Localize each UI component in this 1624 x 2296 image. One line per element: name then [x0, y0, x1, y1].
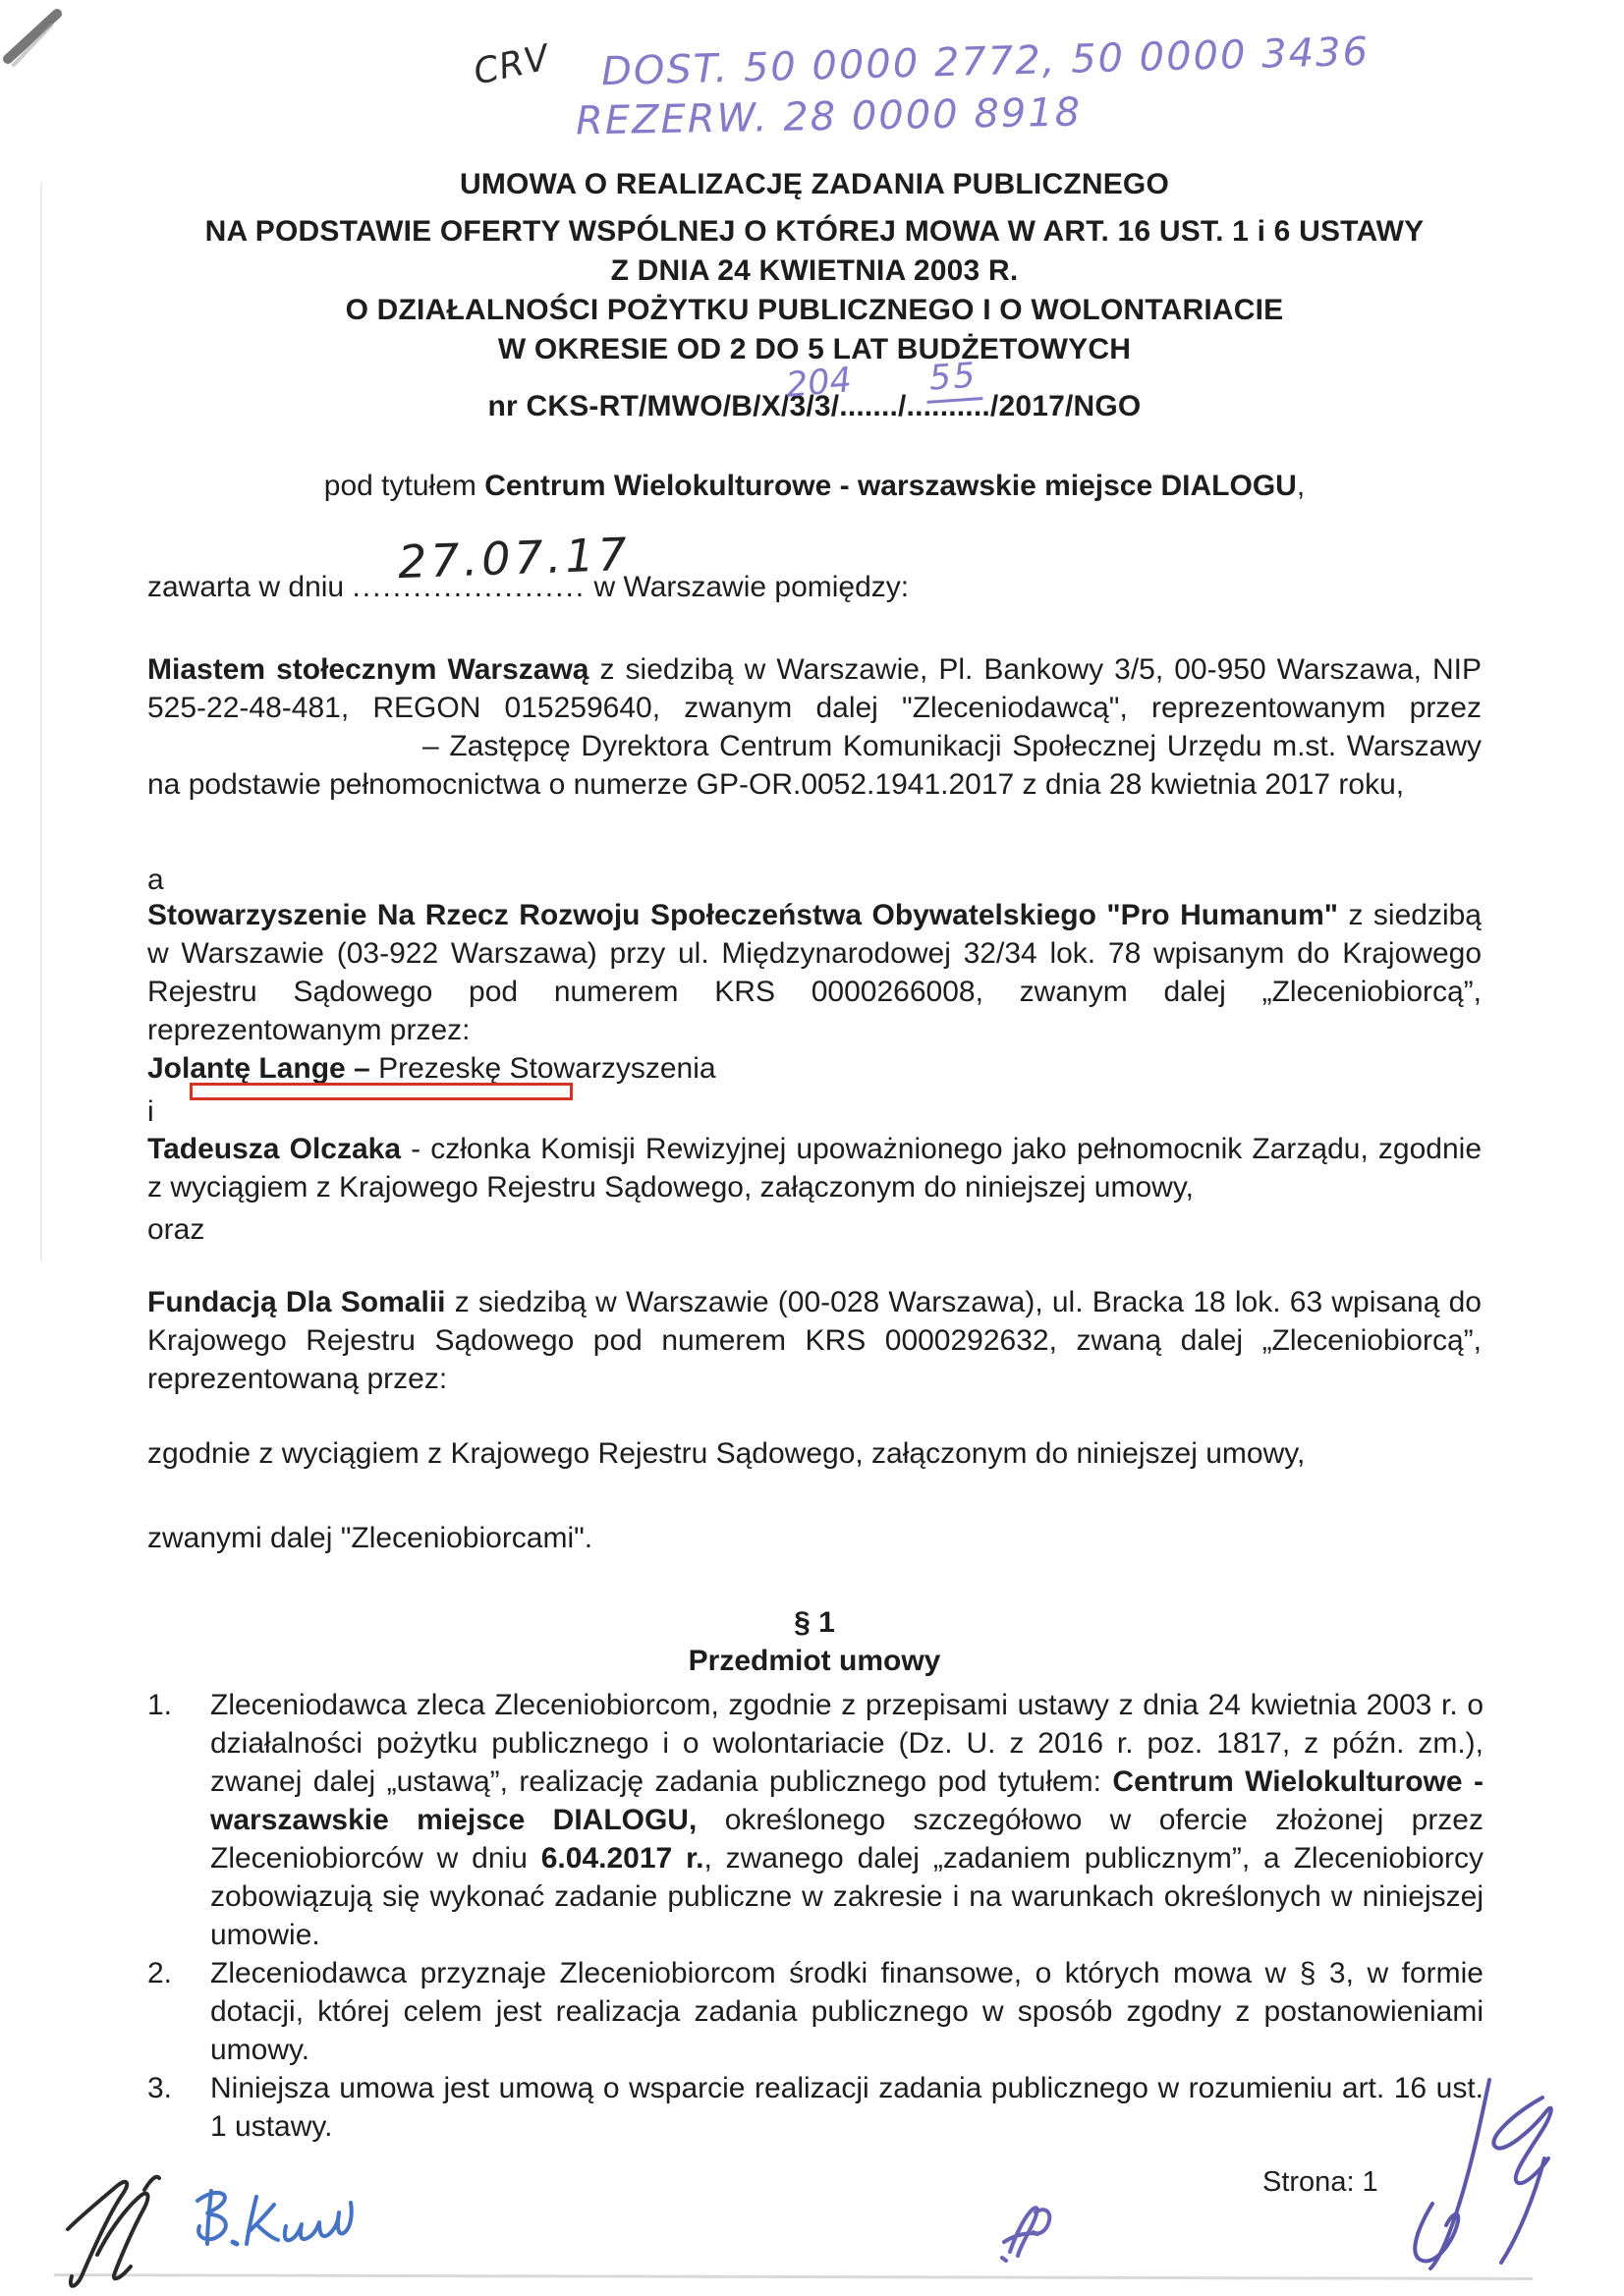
subtitle-post: ,: [1297, 470, 1305, 502]
representative-1-role: Prezeskę Stowarzyszenia: [370, 1052, 716, 1085]
subtitle-line: pod tytułem Centrum Wielokulturowe - war…: [147, 470, 1482, 503]
party-3-name: Fundacją Dla Somalii: [147, 1286, 445, 1318]
list-item-3-text: Niniejsza umowa jest umową o wsparcie re…: [210, 2069, 1484, 2146]
list-item-2: 2. Zleceniodawca przyznaje Zleceniobiorc…: [147, 1954, 1484, 2069]
representative-2-paragraph: Tadeusza Olczaka - członka Komisji Rewiz…: [147, 1130, 1482, 1206]
section-1-title: Przedmiot umowy: [147, 1642, 1482, 1680]
conjunction-oraz: oraz: [147, 1210, 344, 1249]
subtitle-task-title: Centrum Wielokulturowe - warszawskie mie…: [484, 470, 1297, 502]
conclusion-date-line: zawarta w dniu ....................... w…: [147, 568, 1482, 606]
item-1-offer-date: 6.04.2017 r.: [541, 1842, 704, 1875]
title-line-4: O DZIAŁALNOŚCI POŻYTKU PUBLICZNEGO I O W…: [147, 291, 1482, 330]
signature-purple-right: [1395, 2068, 1592, 2284]
list-item-3-number: 3.: [147, 2069, 210, 2146]
list-item-1: 1. Zleceniodawca zleca Zleceniobiorcom, …: [147, 1686, 1484, 1954]
party-1-name: Miastem stołecznym Warszawą: [147, 653, 588, 686]
handwritten-contract-number-1: 204: [784, 361, 853, 406]
redacted-name-gap: [147, 755, 422, 756]
party-1-paragraph: Miastem stołecznym Warszawą z siedzibą w…: [147, 650, 1482, 804]
section-1-number: § 1: [147, 1603, 1482, 1642]
representative-1-name: Jolantę Lange –: [147, 1052, 370, 1085]
page-number: Strona: 1: [1262, 2166, 1378, 2199]
list-item-1-text: Zleceniodawca zleca Zleceniobiorcom, zgo…: [210, 1686, 1484, 1954]
krs-extract-line: zgodnie z wyciągiem z Krajowego Rejestru…: [147, 1434, 1482, 1473]
date-dotted-blank: .......................: [352, 571, 586, 603]
scan-corner-artifact: [0, 0, 88, 79]
title-line-3: Z DNIA 24 KWIETNIA 2003 R.: [147, 252, 1482, 291]
date-line-post: w Warszawie pomiędzy:: [586, 571, 909, 603]
party-2-name: Stowarzyszenie Na Rzecz Rozwoju Społecze…: [147, 899, 1338, 931]
party-1-text-b: – Zastępcę Dyrektora Centrum Komunikacji…: [147, 730, 1482, 801]
party-2-paragraph: Stowarzyszenie Na Rzecz Rozwoju Społecze…: [147, 896, 1482, 1049]
handwritten-registry-note-2: REZERW. 28 0000 8918: [576, 90, 1083, 144]
list-item-2-number: 2.: [147, 1954, 210, 2069]
signature-blue: [182, 2183, 364, 2267]
subtitle-pre: pod tytułem: [324, 470, 484, 502]
list-item-3: 3. Niniejsza umowa jest umową o wsparcie…: [147, 2069, 1484, 2146]
list-item-2-text: Zleceniodawca przyznaje Zleceniobiorcom …: [210, 1954, 1484, 2069]
handwritten-contract-number-2: 55: [924, 356, 982, 404]
conjunction-i: i: [147, 1092, 344, 1131]
date-line-pre: zawarta w dniu: [147, 571, 352, 603]
title-line-1: UMOWA O REALIZACJĘ ZADANIA PUBLICZNEGO: [147, 165, 1482, 204]
scan-edge-bottom-line: [54, 2273, 1533, 2280]
section-1-heading: § 1 Przedmiot umowy: [147, 1603, 1482, 1680]
handwritten-crv-initials: CRV: [471, 37, 554, 92]
representative-2-name: Tadeusza Olczaka: [147, 1133, 401, 1165]
party-3-paragraph: Fundacją Dla Somalii z siedzibą w Warsza…: [147, 1283, 1482, 1398]
title-line-2: NA PODSTAWIE OFERTY WSPÓLNEJ O KTÓREJ MO…: [147, 212, 1482, 252]
handwritten-registry-note-1: DOST. 50 0000 2772, 50 0000 3436: [601, 29, 1371, 94]
list-item-1-number: 1.: [147, 1686, 210, 1954]
conjunction-a: a: [147, 861, 344, 899]
scan-edge-left-line: [40, 182, 42, 1262]
scanned-contract-page: CRV DOST. 50 0000 2772, 50 0000 3436 REZ…: [0, 0, 1624, 2296]
signature-initials-purple-center: [994, 2201, 1063, 2269]
section-1-list: 1. Zleceniodawca zleca Zleceniobiorcom, …: [147, 1686, 1484, 2146]
signature-initials-black-left: [54, 2166, 201, 2294]
collective-name-line: zwanymi dalej "Zleceniobiorcami".: [147, 1519, 1482, 1557]
